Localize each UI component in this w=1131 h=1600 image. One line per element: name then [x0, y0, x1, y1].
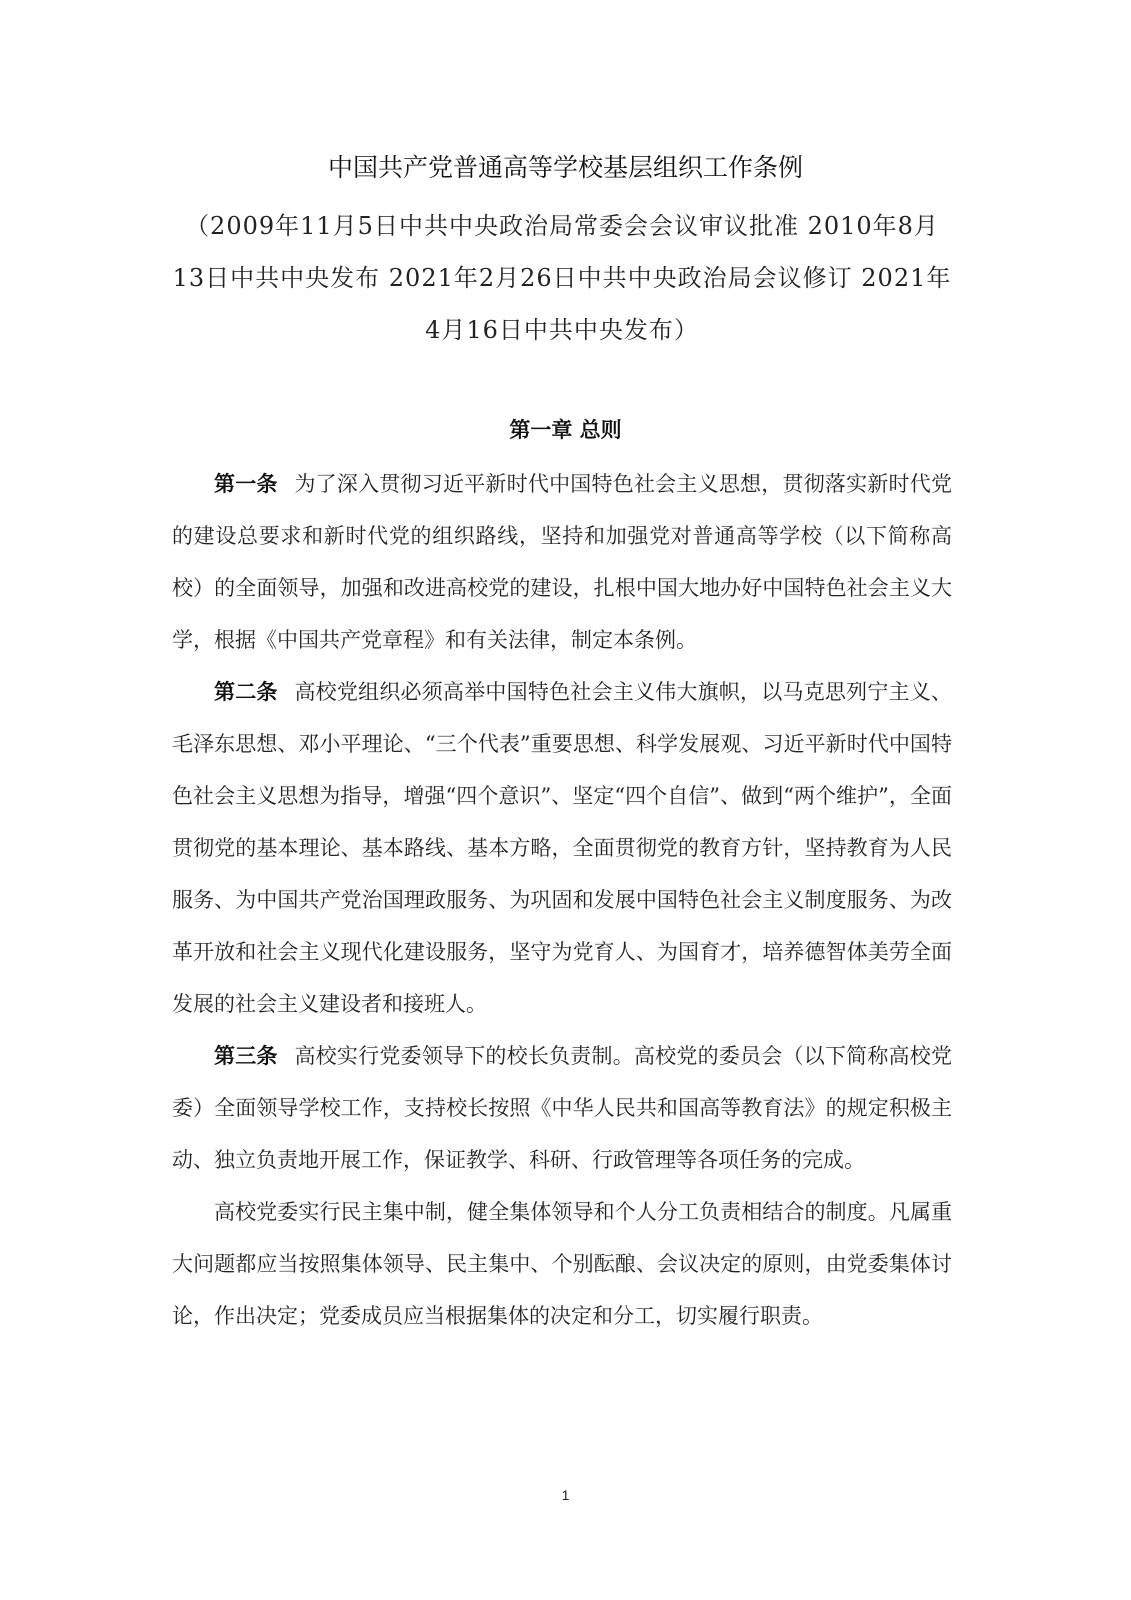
document-subtitle: （2009年11月5日中共中央政治局常委会会议审议批准 2010年8月13日中共…: [172, 200, 952, 356]
article-text: 高校实行党委领导下的校长负责制。高校党的委员会（以下简称高校党委）全面领导学校工…: [172, 1044, 952, 1172]
article-3: 第三条高校实行党委领导下的校长负责制。高校党的委员会（以下简称高校党委）全面领导…: [172, 1030, 952, 1186]
chapter-heading: 第一章 总则: [0, 410, 1131, 450]
article-2: 第二条高校党组织必须高举中国特色社会主义伟大旗帜，以马克思列宁主义、毛泽东思想、…: [172, 666, 952, 1030]
article-1: 第一条为了深入贯彻习近平新时代中国特色社会主义思想，贯彻落实新时代党的建设总要求…: [172, 458, 952, 666]
paragraph: 高校党委实行民主集中制，健全集体领导和个人分工负责相结合的制度。凡属重大问题都应…: [172, 1186, 952, 1342]
article-label: 第二条: [214, 680, 278, 704]
document-page: 中国共产党普通高等学校基层组织工作条例 （2009年11月5日中共中央政治局常委…: [0, 0, 1131, 1600]
article-text: 为了深入贯彻习近平新时代中国特色社会主义思想，贯彻落实新时代党的建设总要求和新时…: [172, 472, 952, 652]
document-body: 第一条为了深入贯彻习近平新时代中国特色社会主义思想，贯彻落实新时代党的建设总要求…: [172, 458, 952, 1342]
page-number: 1: [0, 1487, 1131, 1503]
article-label: 第一条: [214, 472, 278, 496]
article-text: 高校党组织必须高举中国特色社会主义伟大旗帜，以马克思列宁主义、毛泽东思想、邓小平…: [172, 680, 952, 1016]
document-title: 中国共产党普通高等学校基层组织工作条例: [0, 148, 1131, 188]
article-label: 第三条: [214, 1044, 278, 1068]
